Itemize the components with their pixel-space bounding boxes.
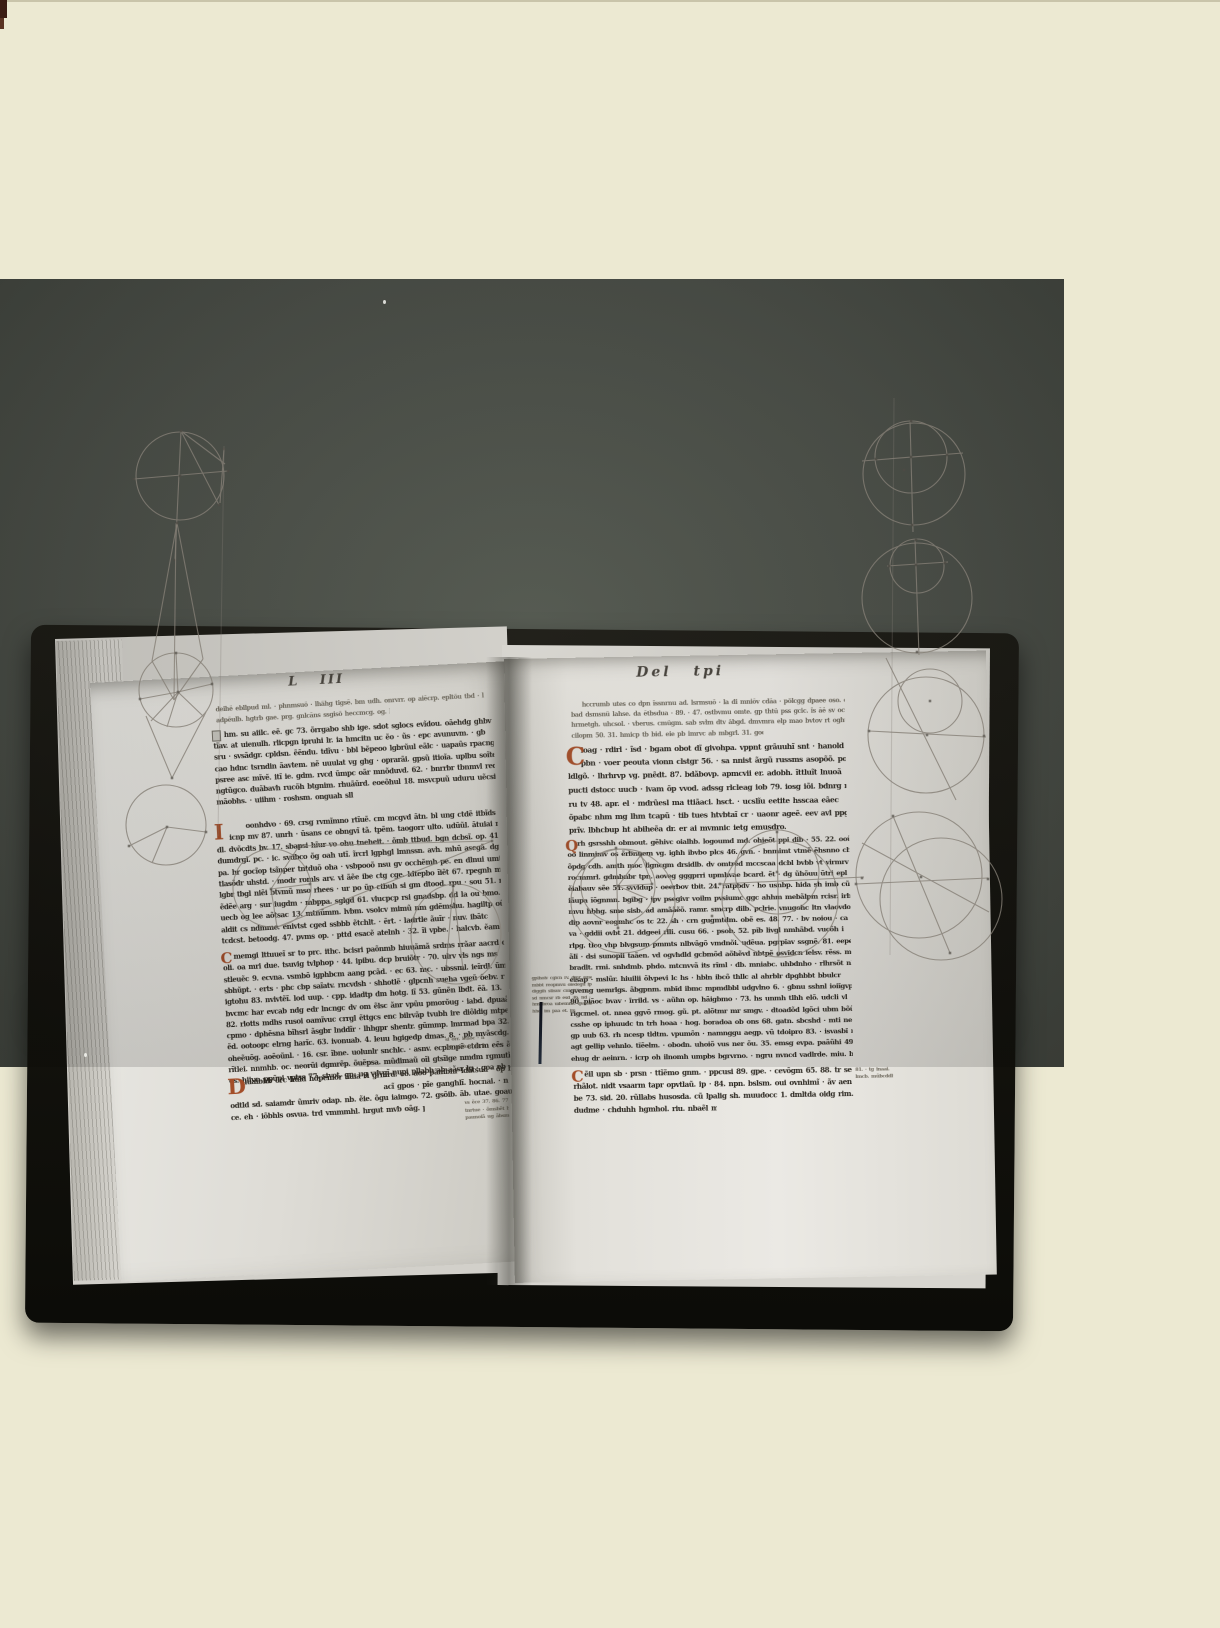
text-line: be 73. sid. 20. rũllabs husosda. cũ lpal… [574, 1089, 854, 1103]
photo-mount-mat: L III deihẽ ebllpud ml. · phnmsuõ · lhãh… [0, 0, 1220, 1628]
text-line: dudme · chduhh hgmhol. riu. nbaẽl meiea [574, 1103, 718, 1115]
corner-binding-mark [0, 0, 7, 18]
photo-vignette [0, 279, 1064, 1067]
rubric-initial: C [571, 1069, 584, 1085]
rubric-initial: D [227, 1076, 247, 1098]
dust-speck [84, 1053, 87, 1057]
dust-speck [383, 300, 386, 304]
text-line: lmcb. mũbcddh c [855, 1073, 893, 1081]
corner-binding-mark-2 [0, 18, 4, 29]
